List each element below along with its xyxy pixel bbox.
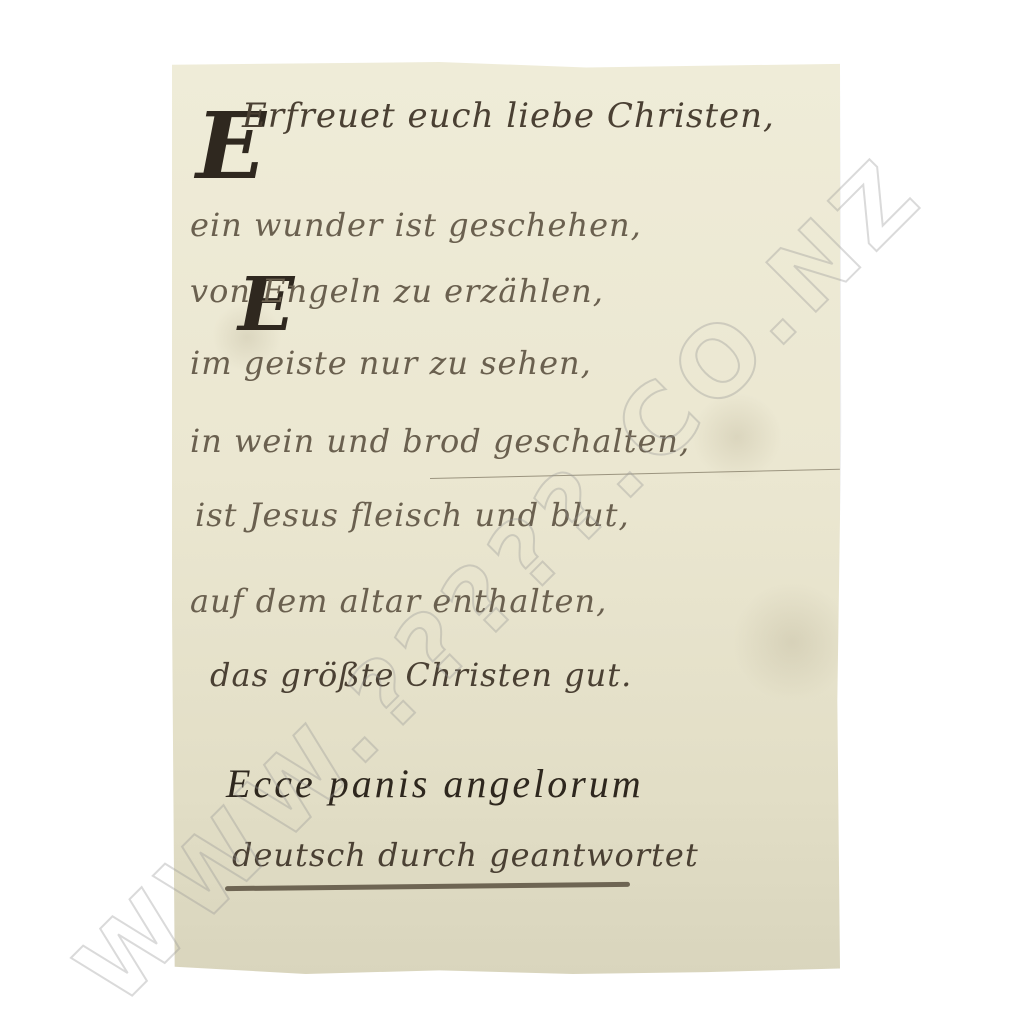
closing-line: deutsch durch geantwortet — [232, 836, 699, 874]
verse-line-8: das größte Christen gut. — [210, 656, 632, 694]
verse-line-4: im geiste nur zu sehen, — [190, 344, 592, 382]
verse-line-7: auf dem altar enthalten, — [190, 582, 607, 620]
latin-heading: Ecce panis angelorum — [226, 760, 644, 807]
verse-line-1: Erfreuet euch liebe Christen, — [242, 96, 775, 136]
image-canvas: E E Erfreuet euch liebe Christen, ein wu… — [0, 0, 1024, 1024]
verse-line-2: ein wunder ist geschehen, — [190, 206, 642, 244]
verse-line-5: in wein und brod geschalten, — [190, 422, 690, 460]
paper-stain — [732, 582, 852, 702]
verse-line-6: ist Jesus fleisch und blut, — [195, 496, 630, 534]
paper-stain — [692, 392, 782, 482]
verse-line-3: von Engeln zu erzählen, — [190, 272, 604, 310]
